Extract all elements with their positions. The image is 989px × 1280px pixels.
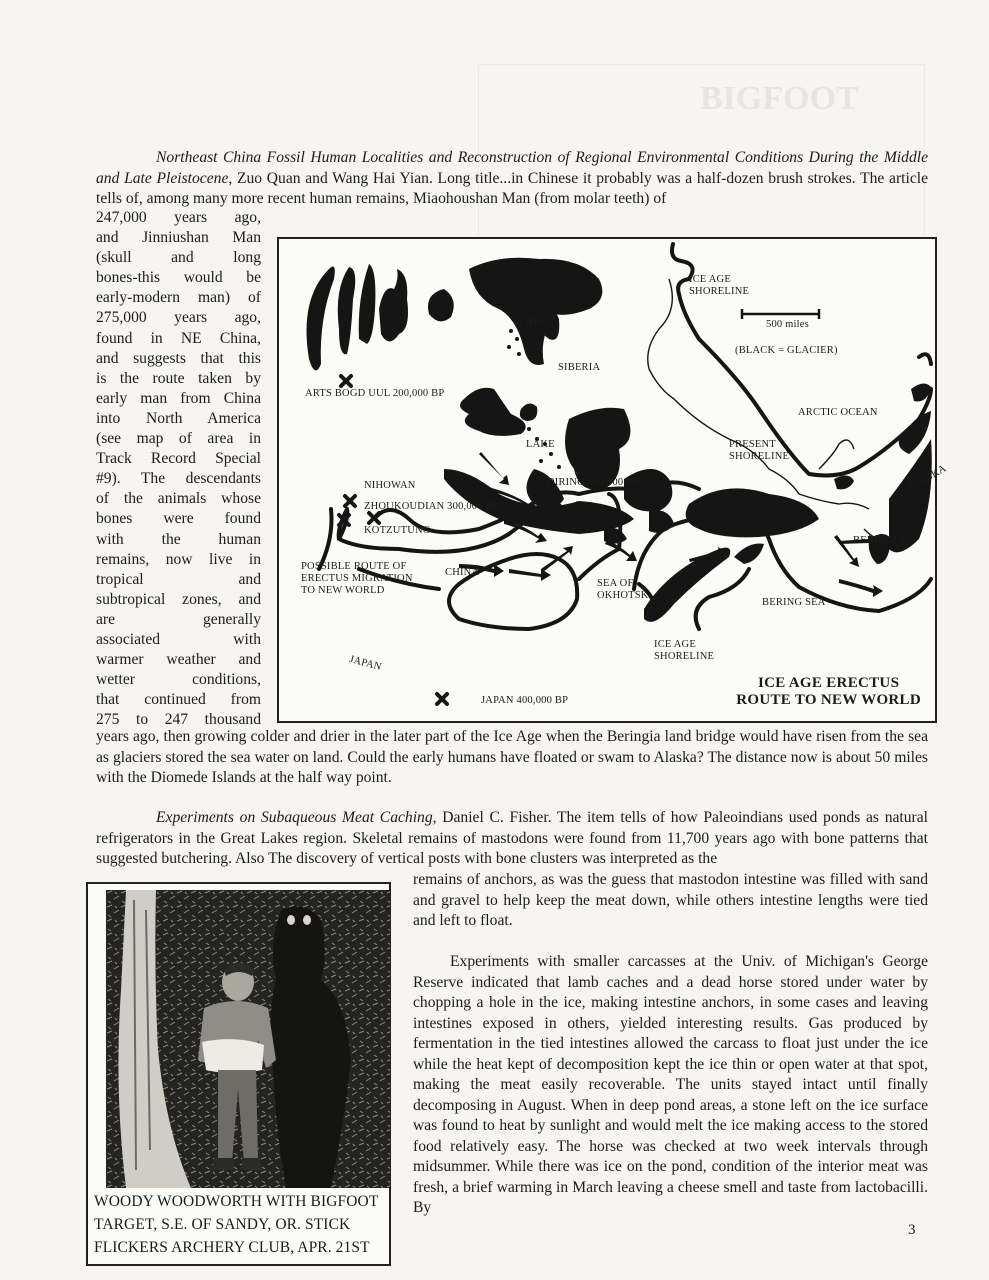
left-column-line: #9). The descendants [96,469,261,489]
map-legend: (BLACK = GLACIER) [735,345,838,357]
page-number: 3 [908,1222,916,1239]
left-column-line: 247,000 years ago, [96,208,261,228]
map-label-lake-2: LAKE [526,439,555,451]
left-column-line: bones-this would be [96,268,261,288]
map-label-siberia: SIBERIA [558,362,600,374]
left-column-line: that continued from [96,690,261,710]
map-label-sea-of-okhotsk: SEA OF OKHOTSK [597,578,649,602]
article1-authors: Zuo Quan and Wang Hai Yian. [237,170,433,187]
article1-left-column: 247,000 years ago,and Jinniushan Man(sku… [96,208,261,730]
map-label-kotzutung: KOTZUTUNG [364,525,431,537]
map-label-diring: DIRING 250,000 BP [547,477,639,489]
photo-frame: WOODY WOODWORTH WITH BIGFOOT TARGET, S.E… [86,882,391,1266]
map-label-bering-sea: BERING SEA [762,597,826,609]
left-column-line: are generally [96,610,261,630]
map-label-arts-bogd: ARTS BOGD UUL 200,000 BP [305,388,444,400]
left-column-line: subtropical zones, and [96,590,261,610]
photo-caption: WOODY WOODWORTH WITH BIGFOOT TARGET, S.E… [94,1190,386,1259]
bigfoot-target-photo [106,890,390,1188]
map-label-zhoukoudian: ZHOUKOUDIAN 300,000 BP [364,501,499,513]
left-column-line: and suggests that this [96,349,261,369]
left-column-line: (see map of area in [96,429,261,449]
left-column-line: found in NE China, [96,329,261,349]
map-scale-label: 500 miles [766,319,809,331]
map-label-nihowan: NIHOWAN [364,480,416,492]
map-label-ice-age-shoreline-bottom: ICE AGE SHORELINE [654,639,714,663]
left-column-line: associated with [96,630,261,650]
article2-paragraph-2: Experiments with smaller carcasses at th… [413,952,928,1219]
map-label-ice-age-shoreline-top: ICE AGE SHORELINE [689,274,749,298]
left-column-line: is the route taken by [96,369,261,389]
left-column-line: and Jinniushan Man [96,228,261,248]
left-column-line: early-modern man) of [96,288,261,308]
article1-continuation: years ago, then growing colder and drier… [96,727,928,789]
map-label-china: CHINA [445,567,479,579]
left-column-line: of the animals whose [96,489,261,509]
article2-intro: Experiments on Subaqueous Meat Caching, … [96,808,928,870]
left-column-line: Track Record Special [96,449,261,469]
map-label-lake-1: LAKE [519,317,548,329]
left-column-line: 275,000 years ago, [96,308,261,328]
left-column-line: tropical and [96,570,261,590]
left-column-line: with the human [96,530,261,550]
map-label-arctic-ocean: ARCTIC OCEAN [798,407,878,419]
ice-age-route-map: ICE AGE SHORELINE 500 miles (BLACK = GLA… [277,237,937,723]
map-label-beringia: BERINGIA [853,535,905,547]
map-label-japan-site: JAPAN 400,000 BP [481,695,568,707]
map-label-present-shoreline: PRESENT SHORELINE [729,439,789,463]
left-column-line: wetter conditions, [96,670,261,690]
left-column-line: into North America [96,409,261,429]
left-column-line: warmer weather and [96,650,261,670]
left-column-line: early man from China [96,389,261,409]
article2-title: Experiments on Subaqueous Meat Caching [156,809,433,826]
left-column-line: remains, now live in [96,550,261,570]
article1-intro: Northeast China Fossil Human Localities … [96,148,928,210]
map-title: ICE AGE ERECTUS ROUTE TO NEW WORLD [736,675,921,709]
map-label-possible-route: POSSIBLE ROUTE OF ERECTUS MIGRATION TO N… [301,561,413,597]
article2-paragraph-1-continued: remains of anchors, as was the guess tha… [413,870,928,932]
left-column-line: (skull and long [96,248,261,268]
left-column-line: bones were found [96,509,261,529]
